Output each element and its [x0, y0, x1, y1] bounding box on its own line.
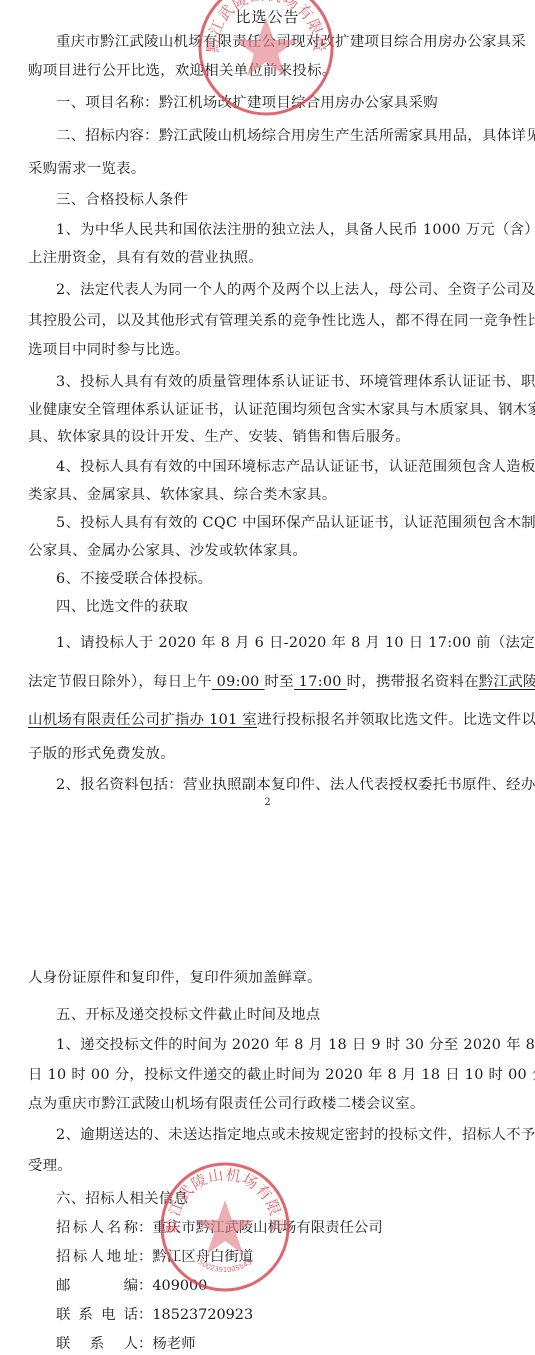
section-2-line-1: 二、招标内容：黔江武陵山机场综合用房生产生活所需家具用品，具体详见 [56, 126, 510, 146]
submission-1-line-1: 1、递交投标文件的时间为 2020 年 8 月 18 日 9 时 30 分至 2… [56, 1035, 510, 1055]
submission-1-line-3: 点为重庆市黔江武陵山机场有限责任公司行政楼二楼会议室。 [28, 1094, 510, 1114]
submission-2-line-2: 受理。 [28, 1156, 510, 1176]
condition-5-line-2: 公家具、金属办公家具、沙发或软体家具。 [28, 541, 510, 561]
condition-3-line-3: 具、软体家具的设计开发、生产、安装、销售和售后服务。 [28, 427, 510, 447]
separator: ： [138, 1307, 152, 1323]
field-label: 招标人名称 [56, 1218, 138, 1238]
acquisition-2-line-2: 人身份证原件和复印件，复印件须加盖鲜章。 [28, 968, 510, 988]
field-value: 黔江区舟白街道 [152, 1249, 253, 1265]
condition-2-line-1: 2、法定代表人为同一个人的两个及两个以上法人，母公司、全资子公司及 [56, 280, 510, 300]
field-value: 18523720923 [152, 1307, 253, 1323]
intro-line-1: 重庆市黔江武陵山机场有限责任公司现对改扩建项目综合用房办公家具采 [56, 32, 510, 52]
field-tenderer-address: 招标人地址：黔江区舟白街道 [56, 1247, 253, 1267]
field-label: 联系人 [56, 1334, 138, 1354]
acquisition-text: 时，携带报名资料在 [347, 674, 479, 690]
registration-location: 山机场有限责任公司扩指办 101 室 [28, 712, 257, 728]
condition-2-line-3: 选项目中同时参与比选。 [28, 340, 510, 360]
section-1-project-name: 一、项目名称：黔江机场改扩建项目综合用房办公家具采购 [56, 93, 510, 113]
document-title: 比选公告 [0, 6, 535, 27]
section-5-heading: 五、开标及递交投标文件截止时间及地点 [56, 1005, 510, 1025]
field-postal-code: 邮编：409000 [56, 1276, 207, 1296]
condition-2-line-2: 其控股公司，以及其他形式有管理关系的竞争性比选人，都不得在同一竞争性比 [28, 311, 510, 331]
section-2-line-2: 采购需求一览表。 [28, 159, 510, 179]
field-value: 杨老师 [152, 1336, 195, 1352]
section-6-heading: 六、招标人相关信息 [56, 1189, 510, 1209]
page-number: 2 [0, 797, 535, 808]
condition-4-line-2: 类家具、金属家具、软体家具、综合类木家具。 [28, 485, 510, 505]
submission-1-line-2: 日 10 时 00 分，投标文件递交的截止时间为 2020 年 8 月 18 日… [28, 1065, 510, 1085]
condition-4-line-1: 4、投标人具有有效的中国环境标志产品认证证书，认证范围须包含人造板 [56, 457, 510, 477]
office-hours-start: 09:00 [212, 674, 265, 690]
field-tenderer-name: 招标人名称：重庆市黔江武陵山机场有限责任公司 [56, 1218, 383, 1238]
acquisition-1-line-2: 法定节假日除外），每日上午 09:00 时至 17:00 时，携带报名资料在黔江… [28, 672, 510, 692]
intro-line-2: 购项目进行公开比选，欢迎相关单位前来投标。 [28, 61, 510, 81]
acquisition-2-line-1: 2、报名资料包括：营业执照副本复印件、法人代表授权委托书原件、经办 [56, 775, 510, 795]
acquisition-1-line-3: 山机场有限责任公司扩指办 101 室进行投标报名并领取比选文件。比选文件以电 [28, 710, 510, 730]
separator: ： [138, 1220, 152, 1236]
field-label: 招标人地址 [56, 1247, 138, 1267]
separator: ： [138, 1249, 152, 1265]
acquisition-text: 时至 [265, 674, 294, 690]
registration-location: 黔江武陵 [479, 674, 535, 690]
field-value: 重庆市黔江武陵山机场有限责任公司 [152, 1220, 382, 1236]
office-hours-end: 17:00 [294, 674, 347, 690]
condition-1-line-2: 上注册资金，具有有效的营业执照。 [28, 248, 510, 268]
section-4-heading: 四、比选文件的获取 [56, 597, 510, 617]
section-3-heading: 三、合格投标人条件 [56, 190, 510, 210]
separator: ： [138, 1278, 152, 1294]
acquisition-1-line-1: 1、请投标人于 2020 年 8 月 6 日-2020 年 8 月 10 日 1… [56, 633, 510, 653]
document-page-2: 人身份证原件和复印件，复印件须加盖鲜章。 五、开标及递交投标文件截止时间及地点 … [0, 960, 535, 1355]
field-contact-phone: 联系电话：18523720923 [56, 1305, 253, 1325]
acquisition-1-line-4: 子版的形式免费发放。 [28, 744, 510, 764]
document-page-1: 比选公告 重庆市黔江武陵山机场有限责任公司现对改扩建项目综合用房办公家具采 购项… [0, 0, 535, 820]
field-contact-person: 联系人：杨老师 [56, 1334, 196, 1354]
field-value: 409000 [152, 1278, 207, 1294]
field-label: 邮编 [56, 1276, 138, 1296]
submission-2-line-1: 2、逾期送达的、未送达指定地点或未按规定密封的投标文件，招标人不予 [56, 1125, 510, 1145]
acquisition-text: 法定节假日除外），每日上午 [28, 674, 212, 690]
condition-3-line-1: 3、投标人具有有效的质量管理体系认证证书、环境管理体系认证证书、职 [56, 372, 510, 392]
field-label: 联系电话 [56, 1305, 138, 1325]
condition-6: 6、不接受联合体投标。 [56, 569, 510, 589]
condition-5-line-1: 5、投标人具有有效的 CQC 中国环保产品认证证书，认证范围须包含木制办 [56, 513, 510, 533]
separator: ： [138, 1336, 152, 1352]
condition-1-line-1: 1、为中华人民共和国依法注册的独立法人，具备人民币 1000 万元（含）以 [56, 220, 510, 240]
condition-3-line-2: 业健康安全管理体系认证证书，认证范围均须包含实木家具与木质家具、钢木家 [28, 400, 510, 420]
acquisition-text: 进行投标报名并领取比选文件。比选文件以电 [257, 712, 535, 728]
